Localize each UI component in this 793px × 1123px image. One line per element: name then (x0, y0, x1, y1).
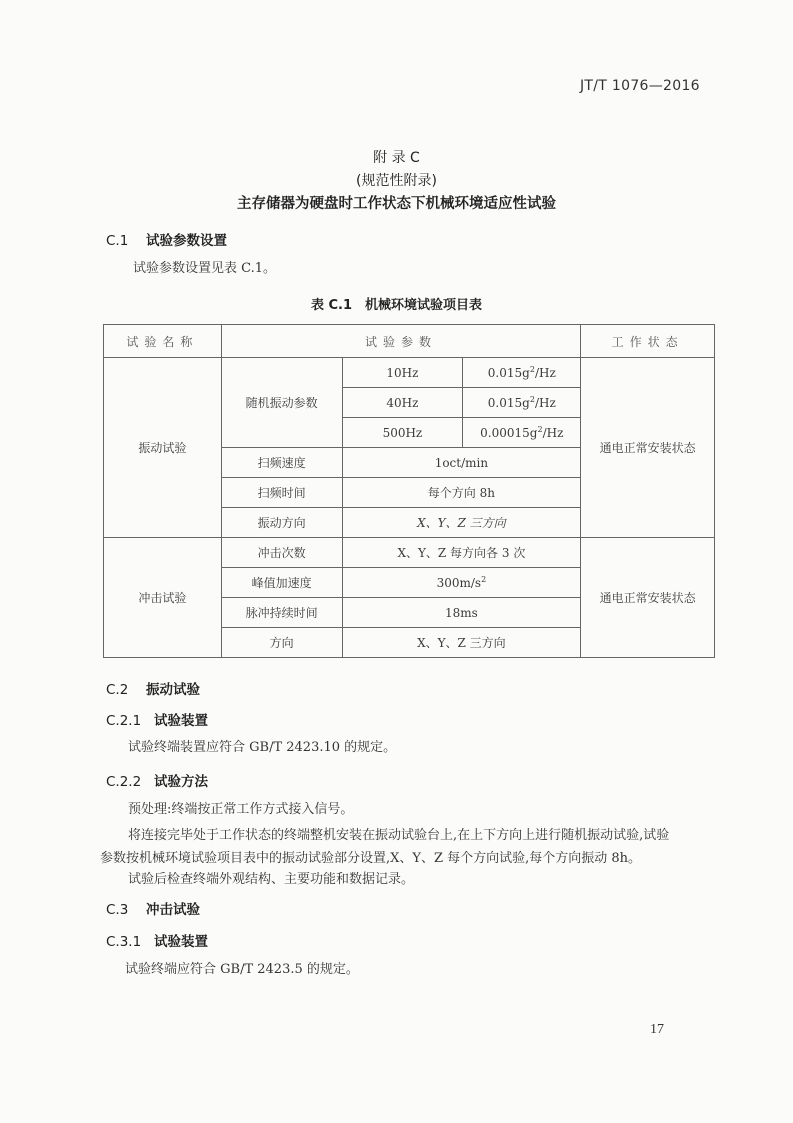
freq-cell: 10Hz (342, 358, 463, 388)
vibration-test-name: 振动试验 (104, 358, 222, 538)
freq-cell: 40Hz (342, 388, 463, 418)
appendix-title: 主存储器为硬盘时工作状态下机械环境适应性试验 (0, 192, 793, 213)
section-c3-heading: C.3冲击试验 (106, 898, 200, 918)
random-vibration-label: 随机振动参数 (221, 358, 342, 448)
psd-cell: 0.015g2/Hz (463, 388, 581, 418)
vibration-status: 通电正常安装状态 (581, 358, 715, 538)
param-value: X、Y、Z 三方向 (342, 508, 581, 538)
mechanical-environment-test-table: 试验名称 试验参数 工作状态 振动试验 随机振动参数 10Hz 0.015g2/… (103, 324, 715, 658)
psd-cell: 0.00015g2/Hz (463, 418, 581, 448)
param-value: 18ms (342, 598, 581, 628)
section-title: 冲击试验 (146, 902, 200, 918)
param-label: 振动方向 (221, 508, 342, 538)
page-number: 17 (650, 1022, 664, 1038)
param-label: 脉冲持续时间 (221, 598, 342, 628)
section-title: 试验参数设置 (146, 233, 227, 249)
section-c2-heading: C.2振动试验 (106, 678, 200, 698)
param-value: 1oct/min (342, 448, 581, 478)
param-value: X、Y、Z 三方向 (342, 628, 581, 658)
section-title: 试验装置 (154, 934, 208, 950)
psd-cell: 0.015g2/Hz (463, 358, 581, 388)
section-c1-body: 试验参数设置见表 C.1。 (133, 259, 276, 279)
appendix-label: 附 录 C (0, 147, 793, 167)
table-row: 振动试验 随机振动参数 10Hz 0.015g2/Hz 通电正常安装状态 (104, 358, 715, 388)
section-c31-body: 试验终端应符合 GB/T 2423.5 的规定。 (125, 960, 359, 980)
section-number: C.3 (106, 902, 146, 918)
section-title: 振动试验 (146, 682, 200, 698)
table-row: 冲击试验 冲击次数 X、Y、Z 每方向各 3 次 通电正常安装状态 (104, 538, 715, 568)
section-c1-heading: C.1试验参数设置 (106, 229, 227, 249)
param-label: 扫频时间 (221, 478, 342, 508)
table-header-row: 试验名称 试验参数 工作状态 (104, 325, 715, 358)
table-caption: 表 C.1 机械环境试验项目表 (0, 294, 793, 313)
section-title: 试验方法 (154, 774, 208, 790)
section-number: C.3.1 (106, 934, 154, 950)
shock-status: 通电正常安装状态 (581, 538, 715, 658)
c22-paragraph-2b: 参数按机械环境试验项目表中的振动试验部分设置,X、Y、Z 每个方向试验,每个方向… (100, 849, 641, 869)
section-number: C.2.2 (106, 774, 154, 790)
section-c31-heading: C.3.1试验装置 (106, 930, 208, 950)
section-number: C.2.1 (106, 713, 154, 729)
c22-paragraph-3: 试验后检查终端外观结构、主要功能和数据记录。 (128, 870, 414, 890)
header-test-params: 试验参数 (221, 325, 580, 358)
c22-paragraph-2a: 将连接完毕处于工作状态的终端整机安装在振动试验台上,在上下方向上进行随机振动试验… (128, 826, 669, 846)
param-label: 峰值加速度 (221, 568, 342, 598)
param-label: 冲击次数 (221, 538, 342, 568)
param-value: X、Y、Z 每方向各 3 次 (342, 538, 581, 568)
c22-paragraph-1: 预处理:终端按正常工作方式接入信号。 (128, 800, 353, 820)
header-test-name: 试验名称 (104, 325, 222, 358)
section-c21-body: 试验终端装置应符合 GB/T 2423.10 的规定。 (128, 738, 396, 758)
param-label: 方向 (221, 628, 342, 658)
standard-code: JT/T 1076—2016 (580, 78, 700, 94)
section-number: C.2 (106, 682, 146, 698)
shock-test-name: 冲击试验 (104, 538, 222, 658)
section-c22-heading: C.2.2试验方法 (106, 770, 208, 790)
section-c21-heading: C.2.1试验装置 (106, 709, 208, 729)
freq-cell: 500Hz (342, 418, 463, 448)
appendix-type: (规范性附录) (0, 170, 793, 190)
header-work-status: 工作状态 (581, 325, 715, 358)
param-value: 300m/s2 (342, 568, 581, 598)
param-value: 每个方向 8h (342, 478, 581, 508)
param-label: 扫频速度 (221, 448, 342, 478)
section-title: 试验装置 (154, 713, 208, 729)
section-number: C.1 (106, 233, 146, 249)
